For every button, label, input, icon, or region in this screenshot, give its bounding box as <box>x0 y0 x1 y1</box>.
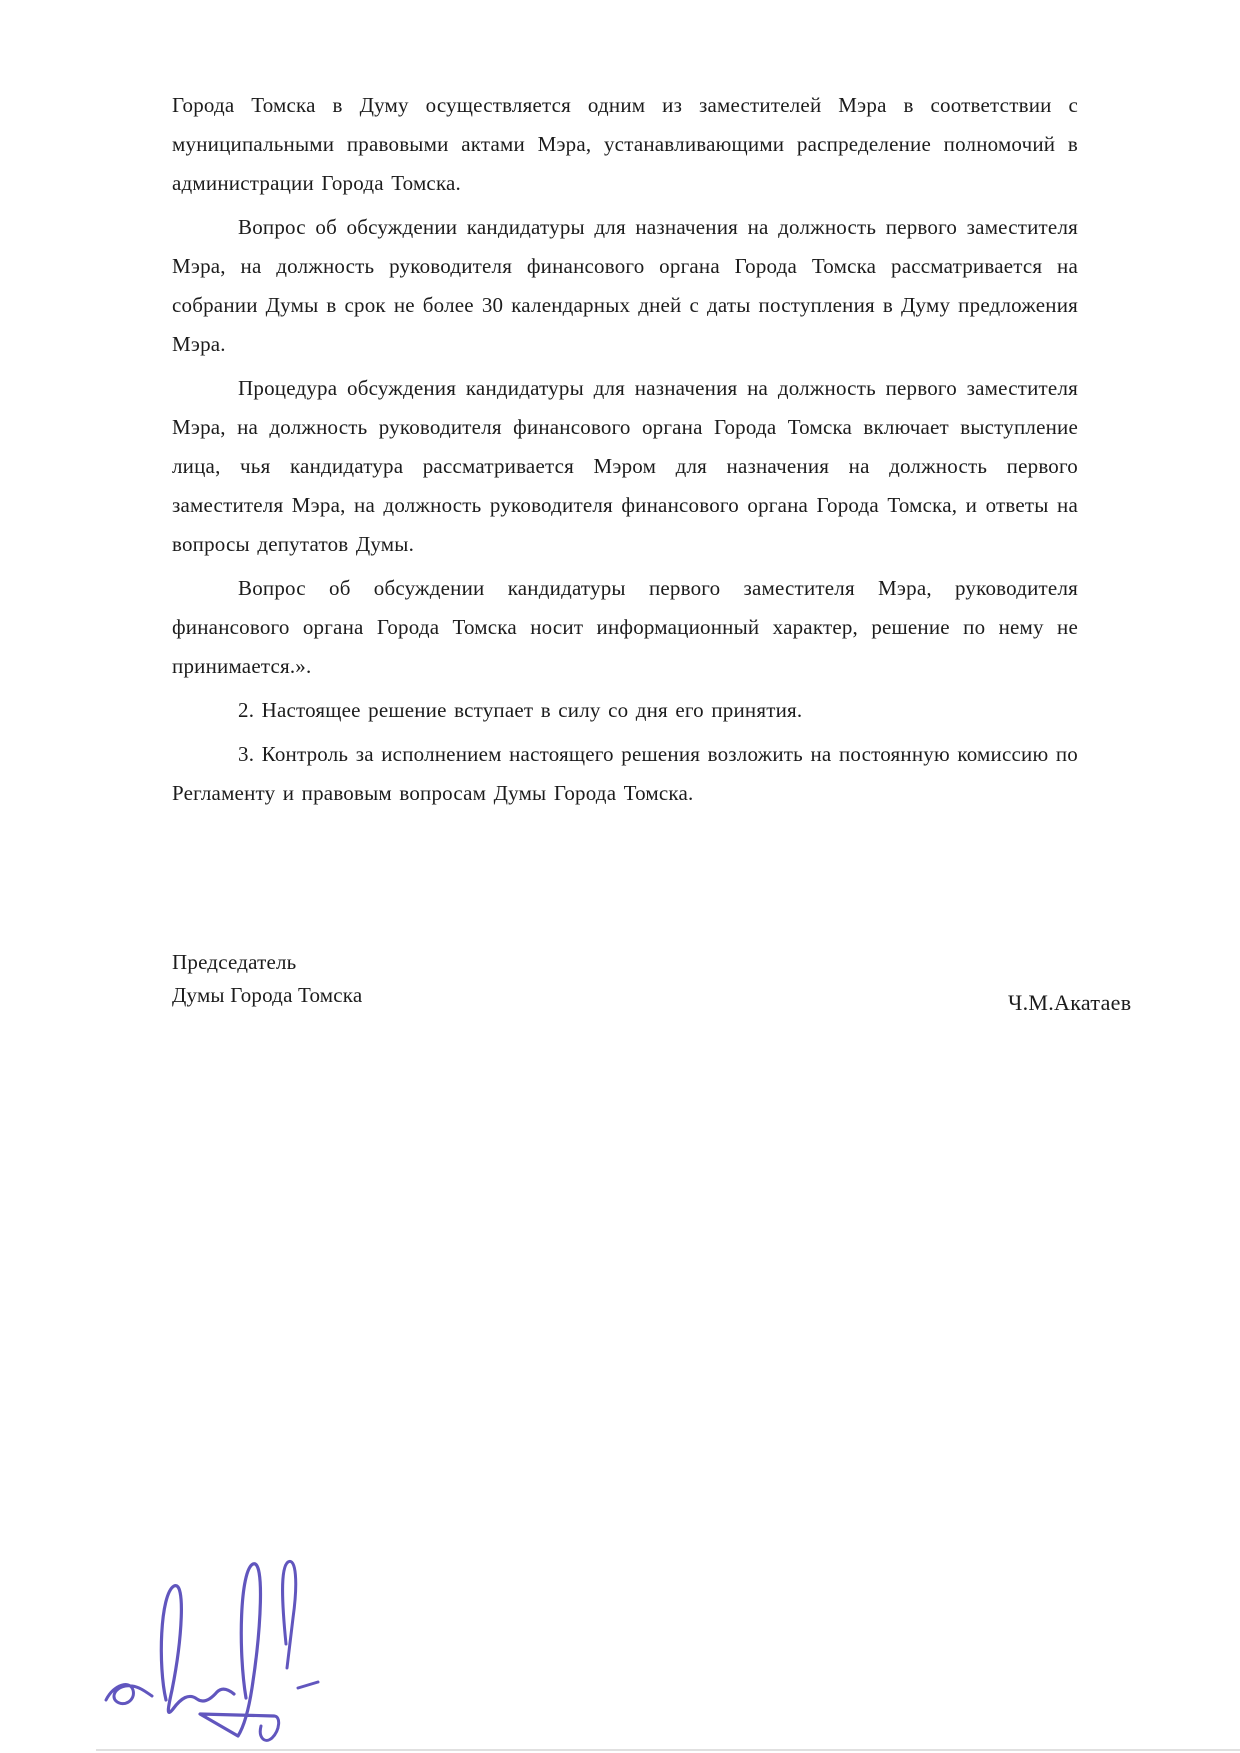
signature-block: Председатель Думы Города Томска <box>172 946 362 1012</box>
document-body: Города Томска в Думу осуществляется одни… <box>172 86 1078 813</box>
body-paragraph: Вопрос об обсуждении кандидатуры для наз… <box>172 208 1078 364</box>
document-page: Города Томска в Думу осуществляется одни… <box>0 0 1240 1753</box>
body-paragraph: Вопрос об обсуждении кандидатуры первого… <box>172 569 1078 686</box>
signatory-name: Ч.М.Акатаев <box>1008 990 1131 1016</box>
signatory-title-line: Председатель <box>172 946 362 979</box>
body-paragraph: Процедура обсуждения кандидатуры для наз… <box>172 369 1078 564</box>
handwritten-signature-strokes <box>106 1561 318 1740</box>
handwritten-signature <box>88 1548 338 1748</box>
body-paragraph: 3. Контроль за исполнением настоящего ре… <box>172 735 1078 813</box>
body-paragraph: Города Томска в Думу осуществляется одни… <box>172 86 1078 203</box>
body-paragraph: 2. Настоящее решение вступает в силу со … <box>172 691 1078 730</box>
signatory-title-line: Думы Города Томска <box>172 979 362 1012</box>
scan-edge-line <box>96 1749 1240 1751</box>
